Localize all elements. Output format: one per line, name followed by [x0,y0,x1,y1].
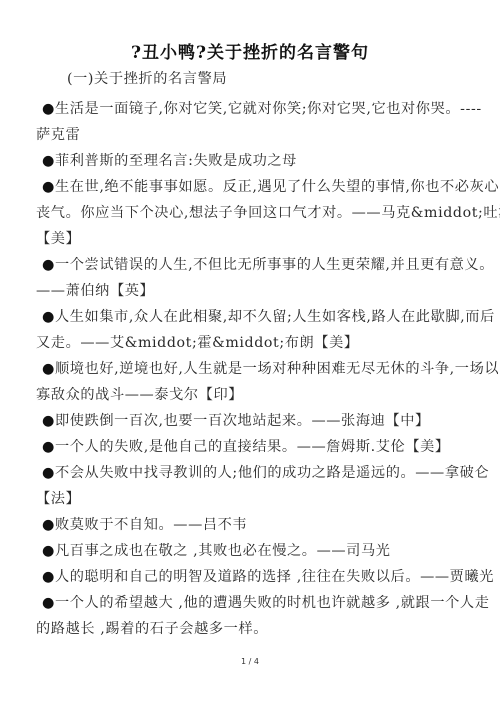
page-indicator: 1 / 4 [0,657,500,666]
quote-line: ●顺境也好,逆境也好,人生就是一场对种种困难无尽无休的斗争,一场以 [42,358,499,378]
quote-line: ●菲利普斯的至理名言:失败是成功之母 [42,150,297,170]
quote-line: ——萧伯纳【英】 [36,280,154,300]
quote-line: 寡敌众的战斗——泰戈尔【印】 [36,384,243,404]
quote-line: ●生活是一面镜子,你对它笑,它就对你笑;你对它哭,它也对你哭。---- [42,98,482,118]
quote-line: 【法】 [36,488,80,508]
bullet-icon: ● [42,569,55,585]
bullet-icon: ● [42,517,55,533]
quote-line: 又走。——艾&middot;霍&middot;布朗【美】 [36,332,359,352]
bullet-icon: ● [42,361,55,377]
bullet-icon: ● [42,101,55,117]
bullet-icon: ● [42,309,55,325]
bullet-icon: ● [42,179,55,195]
quote-line: ●人生如集市,众人在此相聚,却不久留;人生如客栈,路人在此歇脚,而后 [42,306,495,326]
bullet-icon: ● [42,439,55,455]
bullet-icon: ● [42,595,55,611]
section-heading: (一)关于挫折的名言警局 [67,68,227,88]
document-title: ?丑小鸭?关于挫折的名言警句 [0,38,500,63]
quote-line: 萨克雷 [36,124,80,144]
quote-line: ●一个尝试错误的人生,不但比无所事事的人生更荣耀,并且更有意义。 [42,254,494,274]
bullet-icon: ● [42,153,55,169]
bullet-icon: ● [42,257,55,273]
quote-line: ●一个人的失败,是他自己的直接结果。——詹姆斯.艾伦【美】 [42,436,450,456]
quote-line: ●人的聪明和自己的明智及道路的选择 ,往往在失败以后。——贾曦光 [42,566,494,586]
bullet-icon: ● [42,543,55,559]
quote-line: ●生在世,绝不能事事如愿。反正,遇见了什么失望的事情,你也不必灰心 [42,176,499,196]
quote-line: 的路越长 ,踢着的石子会越多一样。 [36,618,268,638]
quote-line: ●即使跌倒一百次,也要一百次地站起来。——张海迪【中】 [42,410,430,430]
bullet-icon: ● [42,413,55,429]
quote-line: ●一个人的希望越大 ,他的遭遇失败的时机也许就越多 ,就跟一个人走 [42,592,489,612]
quote-line: 【美】 [36,228,80,248]
bullet-icon: ● [42,465,55,481]
quote-line: ●凡百事之成也在敬之 ,其败也必在慢之。——司马光 [42,540,391,560]
quote-line: 丧气。你应当下个决心,想法子争回这口气才对。——马克&middot;吐温 [36,202,500,222]
quote-line: ●败莫败于不自知。——吕不韦 [42,514,247,534]
quote-line: ●不会从失败中找寻教训的人;他们的成功之路是遥远的。——拿破仑 [42,462,489,482]
